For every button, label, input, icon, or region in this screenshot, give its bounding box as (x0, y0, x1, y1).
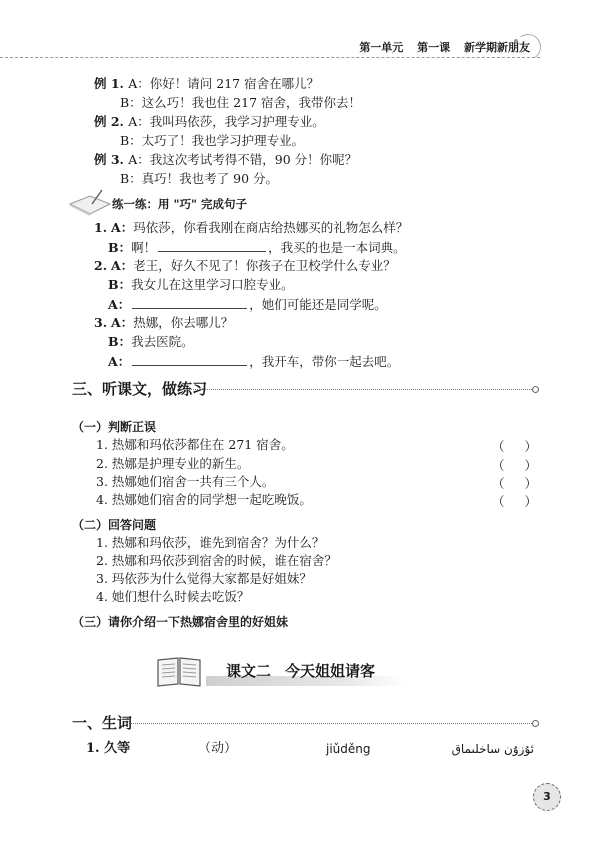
item-number: 1. (86, 741, 100, 756)
vocab-word: 久等 (104, 741, 130, 756)
example-line: A：我叫玛依莎，我学习护理专业。 (128, 114, 325, 129)
answer-blank[interactable] (158, 239, 266, 252)
paren-open: （ (492, 437, 505, 455)
paren-close: ） (524, 492, 537, 510)
practice-title: 练一练：用 "巧" 完成句子 (112, 196, 247, 212)
speaker: A： (111, 315, 133, 330)
line-text: 老王，好久不见了！你孩子在卫校学什么专业？ (133, 258, 396, 273)
example-2-a: 例 2. A：我叫玛依莎，我学习护理专业。 (94, 114, 325, 130)
part-1-title: （一）判断正误 (72, 418, 156, 435)
example-label: 例 3. (94, 152, 124, 167)
answer-parens-3[interactable]: （） (492, 474, 537, 492)
page-number: 3 (533, 783, 561, 811)
example-label: 例 1. (94, 76, 124, 91)
practice-2-b: B：我女儿在这里学习口腔专业。 (108, 277, 294, 293)
example-line: A：你好！请问 217 宿舍在哪儿？ (128, 76, 319, 91)
line-text: 啊！ (131, 240, 156, 255)
paren-open: （ (492, 456, 505, 474)
speaker: B： (108, 334, 131, 349)
vocab-dotted-rule (126, 723, 532, 724)
header-dashed-rule (0, 57, 540, 58)
speaker: A： (111, 258, 133, 273)
example-3-b: B：真巧！我也考了 90 分。 (120, 171, 278, 187)
vocab-rule-end (532, 720, 539, 727)
header-lesson: 第一课 (417, 41, 450, 54)
lesson-name: 今天姐姐请客 (285, 662, 375, 680)
speaker: A： (108, 354, 130, 369)
line-text: ，我买的也是一本词典。 (268, 240, 406, 255)
lesson-label: 课文二 (226, 662, 271, 680)
item-number: 1. (94, 220, 107, 235)
example-label: 例 2. (94, 114, 124, 129)
practice-1-a: 1. A：玛依莎，你看我刚在商店给热娜买的礼物怎么样？ (94, 220, 408, 236)
running-header: 第一单元 第一课 新学期新朋友 (0, 36, 600, 60)
part-2-title: （二）回答问题 (72, 516, 156, 533)
item-number: 3. (94, 315, 107, 330)
true-false-item-3: 3. 热娜她们宿舍一共有三个人。 (96, 474, 274, 490)
paren-close: ） (524, 437, 537, 455)
practice-3-b: B：我去医院。 (108, 334, 194, 350)
answer-parens-2[interactable]: （） (492, 456, 537, 474)
answer-parens-4[interactable]: （） (492, 492, 537, 510)
speaker: B： (108, 277, 131, 292)
vocab-item-1-uyghur: ئۇزۇن ساخلىماق (452, 741, 534, 757)
paren-close: ） (524, 474, 537, 492)
line-text: 我去医院。 (131, 334, 194, 349)
practice-3-c: A：，我开车，带你一起去吧。 (108, 353, 399, 370)
answer-parens-1[interactable]: （） (492, 437, 537, 455)
lesson-2-title: 课文二今天姐姐请客 (226, 660, 375, 681)
speaker: B： (108, 240, 131, 255)
item-number: 2. (94, 258, 107, 273)
answer-blank[interactable] (132, 353, 247, 366)
header-unit: 第一单元 (359, 41, 403, 54)
vocab-item-1-word: 1. 久等 (86, 741, 130, 757)
example-2-b: B：太巧了！我也学习护理专业。 (120, 133, 304, 149)
paren-open: （ (492, 474, 505, 492)
section-3-rule-end (532, 386, 539, 393)
header-title: 第一单元 第一课 新学期新朋友 (349, 39, 530, 55)
example-1-a: 例 1. A：你好！请问 217 宿舍在哪儿？ (94, 76, 319, 92)
answer-blank[interactable] (132, 296, 247, 309)
question-item-1: 1. 热娜和玛依莎，谁先到宿舍？为什么？ (96, 535, 324, 551)
practice-2-c: A：，她们可能还是同学呢。 (108, 296, 387, 313)
practice-3-a: 3. A：热娜，你去哪儿？ (94, 315, 233, 331)
line-text: 玛依莎，你看我刚在商店给热娜买的礼物怎么样？ (133, 220, 408, 235)
example-1-b: B：这么巧！我也住 217 宿舍，我带你去！ (120, 95, 361, 111)
speaker: A： (108, 297, 130, 312)
open-book-icon (156, 654, 202, 688)
true-false-item-2: 2. 热娜是护理专业的新生。 (96, 456, 249, 472)
question-item-2: 2. 热娜和玛依莎到宿舍的时候，谁在宿舍？ (96, 553, 337, 569)
true-false-item-4: 4. 热娜她们宿舍的同学想一起吃晚饭。 (96, 492, 312, 508)
vocab-item-1-pos: （动） (198, 741, 237, 757)
part-3-title: （三）请你介绍一下热娜宿舍里的好姐妹 (72, 613, 288, 630)
example-3-a: 例 3. A：我这次考试考得不错，90 分！你呢？ (94, 152, 357, 168)
lesson-2-banner: 课文二今天姐姐请客 (156, 652, 406, 690)
practice-1-b: B：啊！，我买的也是一本词典。 (108, 239, 406, 256)
line-text: ，她们可能还是同学呢。 (249, 297, 387, 312)
question-item-4: 4. 她们想什么时候去吃饭？ (96, 589, 249, 605)
question-item-3: 3. 玛依莎为什么觉得大家都是好姐妹？ (96, 571, 312, 587)
vocab-section-title: 一、生词 (72, 712, 132, 733)
header-dot-ornament (514, 39, 518, 43)
vocab-item-1-pinyin: jiǔděng (326, 741, 371, 757)
paren-open: （ (492, 492, 505, 510)
line-text: 热娜，你去哪儿？ (133, 315, 233, 330)
speaker: A： (111, 220, 133, 235)
section-3-dotted-rule (187, 389, 532, 390)
pen-and-paper-icon (68, 188, 112, 216)
line-text: 我女儿在这里学习口腔专业。 (131, 277, 294, 292)
true-false-item-1: 1. 热娜和玛依莎都住在 271 宿舍。 (96, 437, 294, 453)
line-text: ，我开车，带你一起去吧。 (249, 354, 399, 369)
example-line: A：我这次考试考得不错，90 分！你呢？ (128, 152, 357, 167)
paren-close: ） (524, 456, 537, 474)
practice-2-a: 2. A：老王，好久不见了！你孩子在卫校学什么专业？ (94, 258, 396, 274)
